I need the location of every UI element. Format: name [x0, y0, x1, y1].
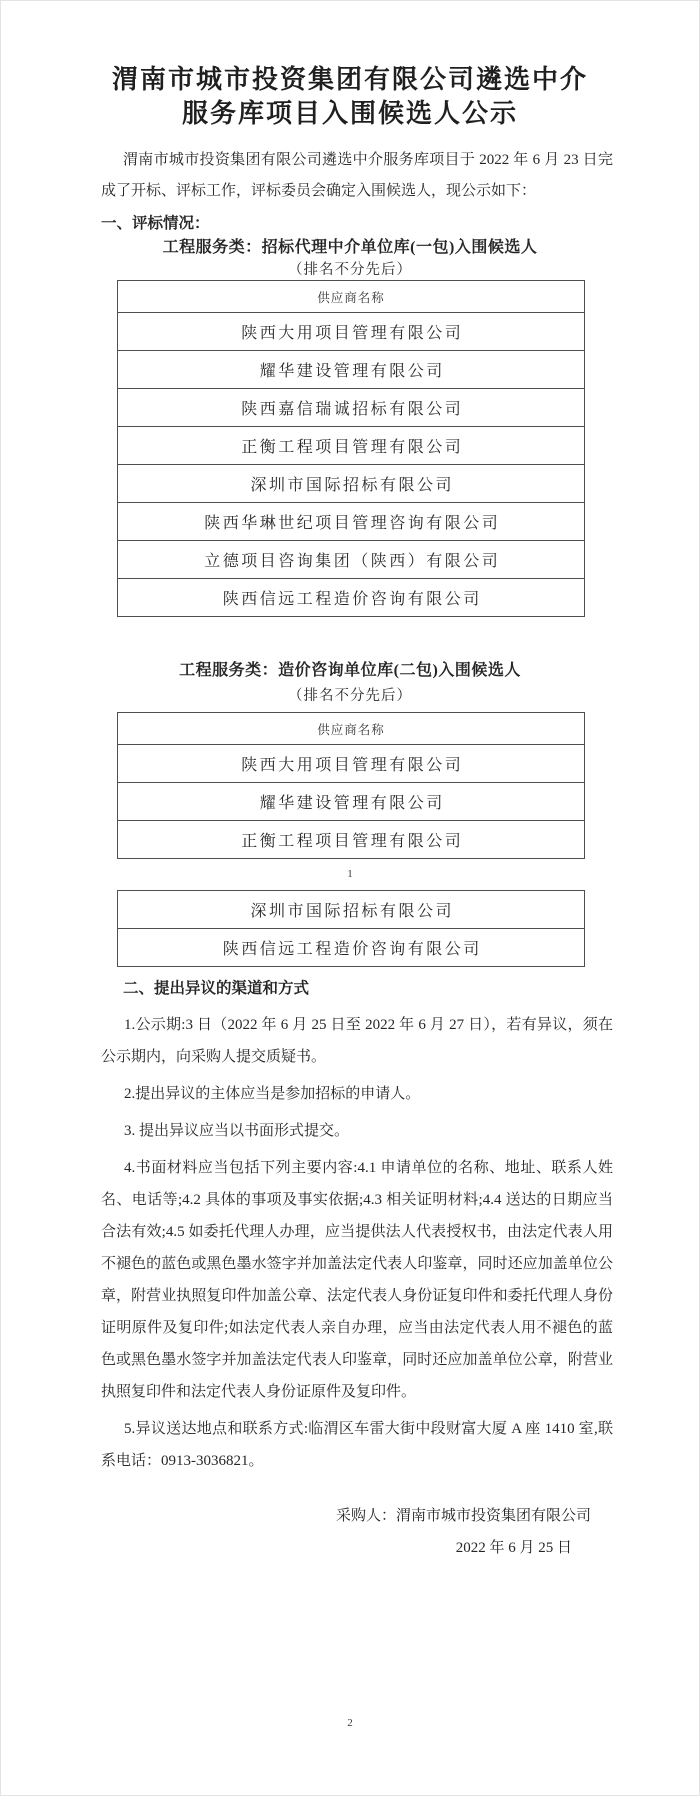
table-row: 陕西信远工程造价咨询有限公司: [118, 579, 585, 617]
objection-paragraph-4: 4.书面材料应当包括下列主要内容:4.1 申请单位的名称、地址、联系人姓名、电话…: [101, 1152, 613, 1408]
buyer-signature-line: 采购人：渭南市城市投资集团有限公司: [1, 1501, 699, 1531]
objection-paragraph-5: 5.异议送达地点和联系方式:临渭区车雷大街中段财富大厦 A 座 1410 室,联…: [101, 1413, 613, 1477]
supplier-cell: 立德项目咨询集团（陕西）有限公司: [118, 541, 585, 579]
table-header-row: 供应商名称: [118, 713, 585, 745]
objection-paragraphs: 1.公示期:3 日（2022 年 6 月 25 日至 2022 年 6 月 27…: [101, 1009, 613, 1482]
supplier-cell: 陕西华琳世纪项目管理咨询有限公司: [118, 503, 585, 541]
supplier-cell: 耀华建设管理有限公司: [118, 351, 585, 389]
table-row: 陕西嘉信瑞诚招标有限公司: [118, 389, 585, 427]
table-row: 深圳市国际招标有限公司: [118, 465, 585, 503]
table-row: 陕西信远工程造价咨询有限公司: [118, 929, 585, 967]
document-title: 渭南市城市投资集团有限公司遴选中介 服务库项目入围候选人公示: [1, 63, 699, 131]
table-row: 正衡工程项目管理有限公司: [118, 427, 585, 465]
package2-supplier-table-page2: 深圳市国际招标有限公司 陕西信远工程造价咨询有限公司: [117, 890, 585, 967]
table-row: 正衡工程项目管理有限公司: [118, 821, 585, 859]
section2-heading: 二、提出异议的渠道和方式: [101, 974, 613, 1004]
table-row: 立德项目咨询集团（陕西）有限公司: [118, 541, 585, 579]
objection-paragraph-2: 2.提出异议的主体应当是参加招标的申请人。: [101, 1078, 613, 1110]
supplier-cell: 正衡工程项目管理有限公司: [118, 427, 585, 465]
table-row: 陕西大用项目管理有限公司: [118, 745, 585, 783]
supplier-cell: 陕西大用项目管理有限公司: [118, 745, 585, 783]
objection-paragraph-1: 1.公示期:3 日（2022 年 6 月 25 日至 2022 年 6 月 27…: [101, 1009, 613, 1073]
supplier-cell: 陕西嘉信瑞诚招标有限公司: [118, 389, 585, 427]
document-title-line2: 服务库项目入围候选人公示: [1, 97, 699, 131]
table-row: 耀华建设管理有限公司: [118, 351, 585, 389]
objection-paragraph-3: 3. 提出异议应当以书面形式提交。: [101, 1115, 613, 1147]
table-row: 陕西大用项目管理有限公司: [118, 313, 585, 351]
table-header-row: 供应商名称: [118, 281, 585, 313]
supplier-cell: 陕西大用项目管理有限公司: [118, 313, 585, 351]
supplier-cell: 深圳市国际招标有限公司: [118, 465, 585, 503]
intro-paragraph: 渭南市城市投资集团有限公司遴选中介服务库项目于 2022 年 6 月 23 日完…: [101, 145, 613, 207]
package1-supplier-table: 供应商名称 陕西大用项目管理有限公司 耀华建设管理有限公司 陕西嘉信瑞诚招标有限…: [117, 280, 585, 617]
supplier-cell: 耀华建设管理有限公司: [118, 783, 585, 821]
page-number-2: 2: [1, 1713, 699, 1733]
supplier-cell: 深圳市国际招标有限公司: [118, 891, 585, 929]
package2-supplier-table-page1: 供应商名称 陕西大用项目管理有限公司 耀华建设管理有限公司 正衡工程项目管理有限…: [117, 712, 585, 859]
page-number-1: 1: [1, 864, 699, 884]
table-row: 耀华建设管理有限公司: [118, 783, 585, 821]
table-row: 陕西华琳世纪项目管理咨询有限公司: [118, 503, 585, 541]
supplier-column-header: 供应商名称: [118, 281, 585, 313]
document-title-line1: 渭南市城市投资集团有限公司遴选中介: [1, 63, 699, 97]
package2-ranking-note: （排名不分先后）: [1, 681, 699, 711]
supplier-cell: 陕西信远工程造价咨询有限公司: [118, 929, 585, 967]
supplier-column-header: 供应商名称: [118, 713, 585, 745]
date-line: 2022 年 6 月 25 日: [1, 1533, 699, 1563]
supplier-cell: 正衡工程项目管理有限公司: [118, 821, 585, 859]
supplier-cell: 陕西信远工程造价咨询有限公司: [118, 579, 585, 617]
table-row: 深圳市国际招标有限公司: [118, 891, 585, 929]
announcement-document: 渭南市城市投资集团有限公司遴选中介 服务库项目入围候选人公示 渭南市城市投资集团…: [0, 0, 700, 1796]
